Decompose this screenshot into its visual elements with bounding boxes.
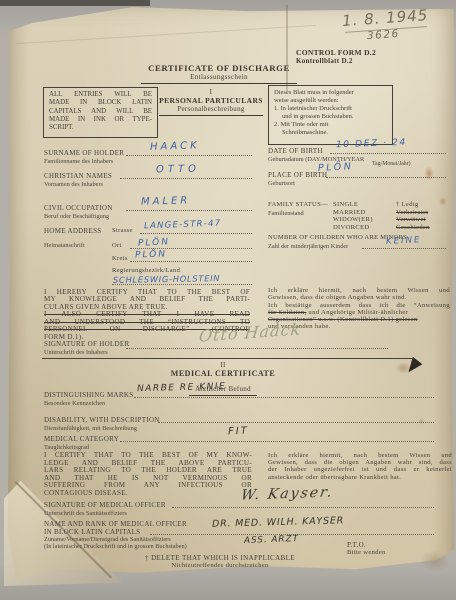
dotted-line [126,209,252,211]
section-1-heading: I PERSONAL PARTICULARS Personalbeschreib… [159,88,263,116]
dotted-line [120,177,252,179]
family-status-option-widower: WIDOW(ER) [333,216,373,224]
family-status-sublabel: Familienstand [268,210,304,217]
distinguishing-marks-label: DISTINGUISHING MARKS [44,391,133,399]
surname-value: HAACK [150,140,200,153]
kreis-label: Kreis [112,255,128,262]
fill-instructions-line: Dieses Blatt muss in folgender [274,89,387,97]
declaration-line: CONTAGIOUS DISEASE. [44,490,252,498]
declaration-line: ansteckende oder übertragbare Krankheit … [268,474,452,481]
bezirk-value: SCHLESWIG-HOLSTEIN [113,273,220,285]
christian-names-value: OTTO [156,164,200,176]
section-2-title: MEDICAL CERTIFICATE [156,369,290,378]
ort-label: Ort [112,242,122,249]
medical-officer-rank-value: ASS. ARZT [244,534,299,546]
surname-sublabel: Familienname des Inhabers [44,158,113,165]
family-status-options-de: † Ledig Verheiratet Verwitwet Geschieden [396,201,430,231]
dotted-line [362,247,446,249]
declaration-line: der Inhaber ungezieferfrei ist und dass … [268,466,452,473]
medical-officer-name-sublabel2: (In lateinischer Druckschrift und in gro… [44,543,187,550]
fill-instructions-line: und in grossen Buchstaben. [274,113,387,121]
dotted-line [120,440,434,442]
family-status-option-geschieden: Geschieden [396,224,430,232]
control-form-label-de: Kontrollblatt D.2 [296,57,353,65]
entry-instructions-line: CAPITALS AND WILL BE [49,108,152,116]
fill-instructions-line: Schreibmaschine. [274,129,387,137]
medical-officer-name-label: NAME AND RANK OF MEDICAL OFFICER [44,520,187,528]
surname-label: SURNAME OF HOLDER [44,149,124,157]
entry-instructions-line: ALL ENTRIES WILL BE [49,91,152,99]
dotted-line [130,260,252,262]
medical-category-sublabel: Tauglichkeitsgrad [44,444,89,451]
section-divider-rule [42,358,414,359]
family-status-option-ledig: † Ledig [396,201,430,209]
family-status-option-married: MARRIED [333,209,373,217]
scanned-discharge-certificate: 1. 8. 1945 3626 CONTROL FORM D.2 Kontrol… [0,0,456,600]
stain [424,166,434,181]
medical-category-value: FIT [228,426,249,438]
pto-label: P.T.O. [347,541,366,549]
fill-instructions-line: 2. Mit Tinte oder mit [274,121,387,129]
declaration-2-de: Ich erkläre hiermit, nach bestem Wissen … [268,452,452,481]
medical-category-label: MEDICAL CATEGORY [44,435,119,443]
civil-occupation-label: CIVIL OCCUPATION [44,204,113,212]
declaration-2-en: I CERTIFY THAT TO THE BEST OF MY KNOW- L… [44,452,252,498]
family-status-option-divorced: DIVORCED [333,224,373,232]
stain [439,197,447,206]
handwritten-pencil-number: 3626 [367,28,400,42]
medical-officer-name-label2: IN BLOCK LATIN CAPITALS [44,528,140,536]
delete-note-de: Nichtzutreffendes durchstreichen [118,562,322,569]
declaration-line: Ich erkläre hiermit, nach bestem Wissen … [268,287,450,294]
dotted-line [134,396,434,398]
dotted-line [140,232,252,234]
section-1-title: PERSONAL PARTICULARS [159,96,263,105]
declaration-line: Ich erkläre hiermit, nach bestem Wissen … [268,452,452,459]
kreis-value: PLÖN [135,249,167,260]
dotted-line [126,154,252,156]
stain [420,550,450,572]
home-address-sublabel: Heimatanschrift [44,242,85,249]
family-status-options-en: SINGLE MARRIED WIDOW(ER) DIVORCED [333,201,373,231]
medical-officer-name-sublabel: Zuname/Vorname/Dienstgrad des Sanitätsof… [44,536,171,543]
christian-names-label: CHRISTIAN NAMES [44,172,112,180]
christian-names-sublabel: Vornamen des Inhabers [44,181,103,188]
place-of-birth-sublabel: Geburtsort [268,180,295,187]
delete-note: † DELETE THAT WHICH IS INAPPLICABLE [118,554,322,562]
document-title: CERTIFICATE OF DISCHARGE [141,63,297,73]
ort-value: PLÖN [138,237,170,249]
delete-note-block: † DELETE THAT WHICH IS INAPPLICABLE Nich… [118,554,322,569]
declaration-line: Gewissen, dass die obigen Angaben wahr s… [268,294,450,301]
family-status-option-single: SINGLE [333,201,373,209]
fill-instructions-box: Dieses Blatt muss in folgender weise aus… [268,85,393,145]
dotted-line [158,421,434,423]
fill-instructions-line: weise ausgefüllt werden: [274,97,387,105]
medical-officer-signature-label: SIGNATURE OF MEDICAL OFFICER [44,501,166,509]
distinguishing-marks-sublabel: Besondere Kennzeichen [44,400,105,407]
dotted-line [126,347,388,349]
plain-text: und Angehörige Militär-ähnlicher [306,309,408,316]
dotted-line [326,176,446,178]
home-address-label: HOME ADDRESS [44,227,101,235]
declaration-line: Ich bestätige ausserdem dass ich die “An… [268,302,450,309]
children-minors-sublabel: Zahl der minderjährigen Kinder [268,243,348,250]
date-of-birth-label: DATE OF BIRTH [268,147,323,155]
control-form-label: CONTROL FORM D.2 [296,48,376,57]
dotted-line [172,506,434,508]
holder-signature-label: SIGNATURE OF HOLDER [44,340,129,348]
date-of-birth-sublabel2: Tag/Monat/Jahr) [372,161,411,167]
family-status-option-verheiratet: Verheiratet [396,209,430,217]
family-status-option-verwitwet: Verwitwet [396,216,430,224]
section-2-numeral: II [156,361,290,369]
holder-signature-sublabel: Unterschrift des Inhabers [44,349,108,356]
entry-instructions-line: SCRIPT. [49,124,152,132]
document-title-block: CERTIFICATE OF DISCHARGE Entlassungssche… [141,63,297,84]
strasse-label: Strasse [112,227,133,234]
place-of-birth-value: PLÖN [318,161,354,174]
fill-instructions-line: 1. In lateinischer Druckschrift [274,105,387,113]
medical-officer-signature-sublabel: Unterschrift des Sanitätsoffiziers [44,510,127,517]
entry-instructions-line: MADE IN BLOCK LATIN [49,99,152,107]
children-minors-value: KEINE [386,235,422,247]
civil-occupation-sublabel: Beruf oder Beschäftigung [44,213,109,220]
entry-instructions-line: MADE IN INK OR TYPE- [49,116,152,124]
family-status-label: FAMILY STATUS— [268,201,328,208]
medical-officer-signature-value: W. Kayser. [240,484,335,503]
scanner-background-edge [0,0,150,6]
entry-instructions-box: ALL ENTRIES WILL BE MADE IN BLOCK LATIN … [43,87,158,138]
civil-occupation-value: MALER [141,195,191,207]
struck-text: für Soldaten, [268,309,306,316]
section-1-subtitle: Personalbeschreibung [159,105,263,116]
declaration-line-mixed: für Soldaten, und Angehörige Militär-ähn… [268,309,450,316]
dotted-line [330,152,446,154]
document-title-de: Entlassungsschein [141,73,297,81]
section-1-numeral: I [159,88,263,96]
declaration-line: Gewissen, dass die obigen Angaben wahr s… [268,459,452,466]
pto-label-de: Bitte wenden [347,549,386,556]
disability-sublabel: Dienstunfähigkeit, mit Beschreibung [44,425,137,432]
disability-label: DISABILITY, WITH DESCRIPTION [44,416,160,424]
